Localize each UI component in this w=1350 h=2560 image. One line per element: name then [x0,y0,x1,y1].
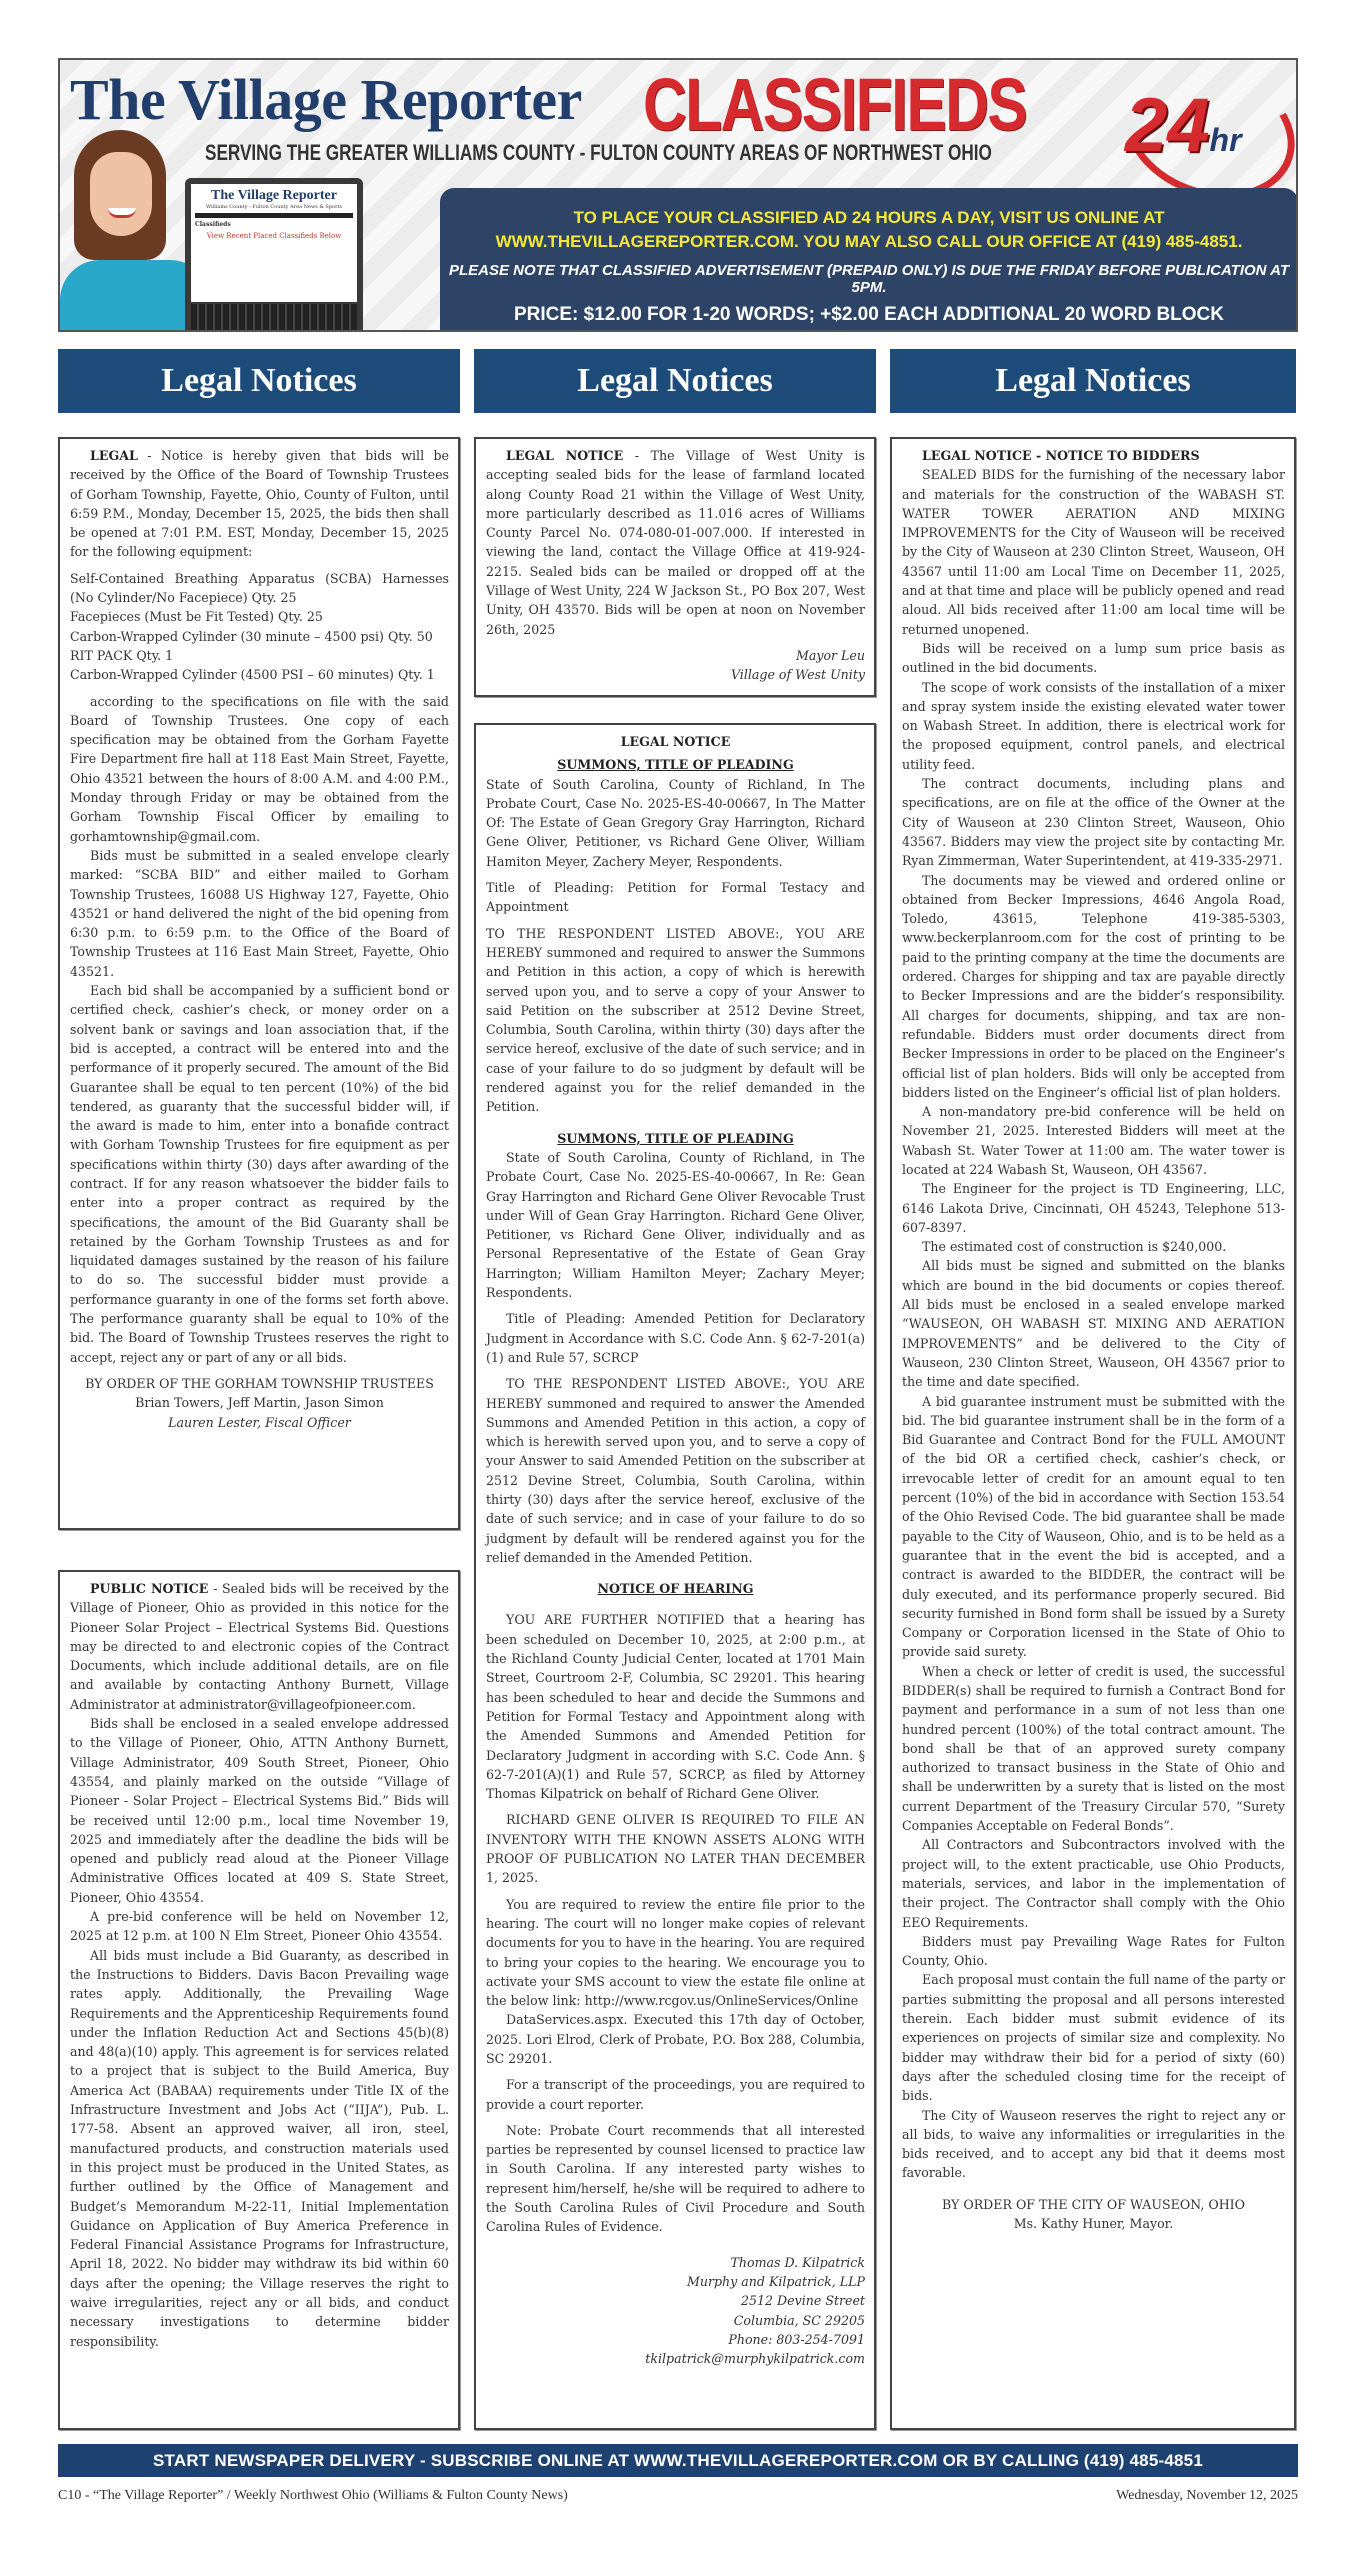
column-header-3: Legal Notices [890,349,1296,413]
column-header-2: Legal Notices [474,349,876,413]
brand-logo: The Village Reporter [70,66,582,133]
info-line-2: WWW.THEVILLAGEREPORTER.COM. YOU MAY ALSO… [440,230,1298,254]
info-price: PRICE: $12.00 FOR 1-20 WORDS; +$2.00 EAC… [440,304,1298,326]
notice-summons: LEGAL NOTICE SUMMONS, TITLE OF PLEADING … [474,723,876,2430]
signature-mayor: Ms. Kathy Huner, Mayor. [902,2214,1285,2233]
notice-title: LEGAL NOTICE [486,732,865,751]
signature-names: Brian Towers, Jeff Martin, Jason Simon [70,1393,449,1412]
list-item: RIT PACK Qty. 1 [70,646,449,665]
subscribe-banner: START NEWSPAPER DELIVERY - SUBSCRIBE ONL… [58,2444,1298,2477]
attorney-signature: Thomas D. Kilpatrick Murphy and Kilpatri… [486,2253,865,2369]
page-folio: C10 - “The Village Reporter” / Weekly No… [58,2488,568,2504]
info-line-1: TO PLACE YOUR CLASSIFIED AD 24 HOURS A D… [440,206,1298,230]
attorney-email: tkilpatrick@murphykilpatrick.com [486,2349,865,2368]
signature-officer: Lauren Lester, Fiscal Officer [70,1413,449,1432]
banner-tagline: SERVING THE GREATER WILLIAMS COUNTY - FU… [205,140,992,166]
notice-west-unity: LEGAL NOTICE - The Village of West Unity… [474,437,876,697]
equipment-list: Self-Contained Breathing Apparatus (SCBA… [70,569,449,685]
issue-date: Wednesday, November 12, 2025 [1116,2488,1298,2504]
classifieds-banner: The Village Reporter CLASSIFIEDS 24hr SE… [58,58,1298,332]
classifieds-title: CLASSIFIEDS [643,62,1026,147]
signature-mayor: Mayor Leu [486,646,865,665]
list-item: Facepieces (Must be Fit Tested) Qty. 25 [70,607,449,626]
notice-wauseon-bidders: LEGAL NOTICE - NOTICE TO BIDDERS SEALED … [890,437,1296,2430]
notice-gorham-township: LEGAL - Notice is hereby given that bids… [58,437,460,1530]
signature-order: BY ORDER OF THE GORHAM TOWNSHIP TRUSTEES [70,1374,449,1393]
section-heading: SUMMONS, TITLE OF PLEADING [486,755,865,774]
list-item: Self-Contained Breathing Apparatus (SCBA… [70,569,449,608]
keyboard-icon [191,304,357,330]
notice-pioneer-solar: PUBLIC NOTICE - Sealed bids will be rece… [58,1570,460,2430]
notice-title: LEGAL NOTICE - NOTICE TO BIDDERS [902,446,1285,465]
section-heading: NOTICE OF HEARING [486,1579,865,1598]
signature-village: Village of West Unity [486,665,865,684]
list-item: Carbon-Wrapped Cylinder (4500 PSI – 60 m… [70,665,449,684]
signature-order: BY ORDER OF THE CITY OF WAUSEON, OHIO [902,2195,1285,2214]
section-heading: SUMMONS, TITLE OF PLEADING [486,1129,865,1148]
info-deadline: PLEASE NOTE THAT CLASSIFIED ADVERTISEMEN… [440,262,1298,296]
column-header-1: Legal Notices [58,349,460,413]
laptop-illustration: The Village Reporter Williams County - F… [185,178,363,332]
list-item: Carbon-Wrapped Cylinder (30 minute – 450… [70,627,449,646]
24hr-badge: 24hr [1125,82,1242,169]
ordering-info-panel: TO PLACE YOUR CLASSIFIED AD 24 HOURS A D… [440,188,1298,332]
